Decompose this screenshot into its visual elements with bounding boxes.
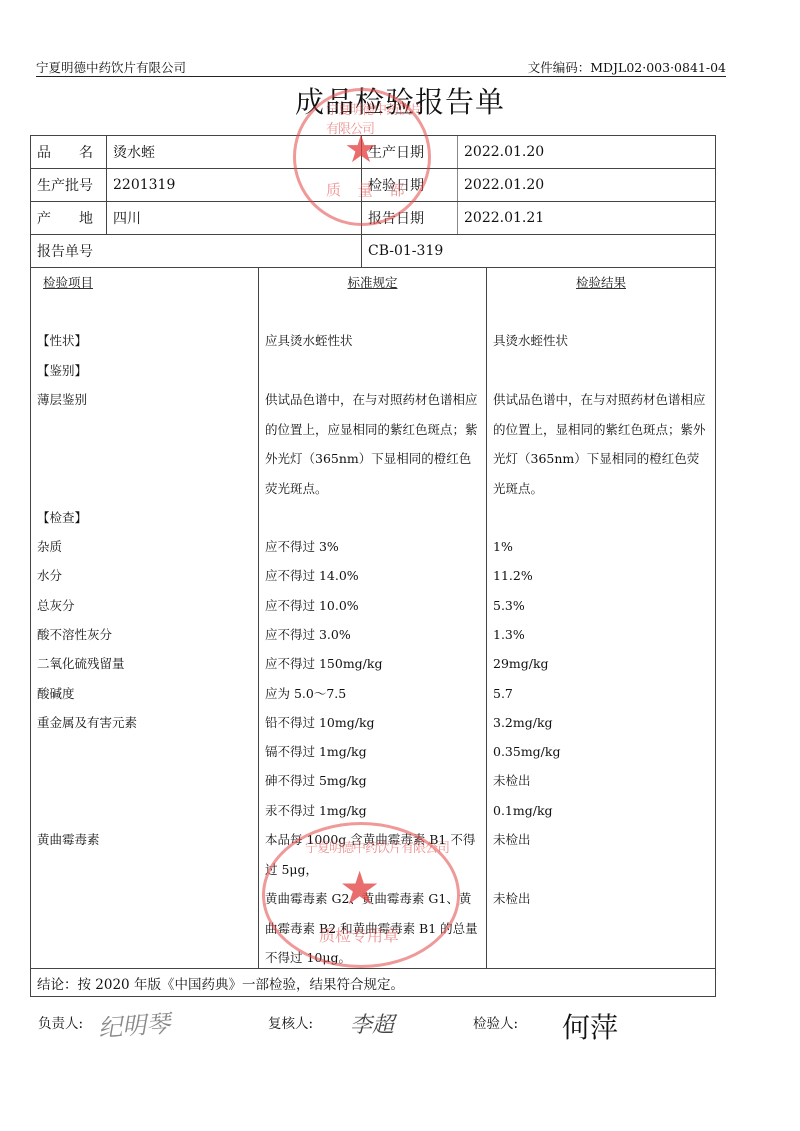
origin-label: 产 地 <box>31 202 107 234</box>
item-aflatoxin: 黄曲霉毒素 <box>37 825 252 854</box>
result-appearance: 具烫水蛭性状 <box>493 326 709 355</box>
item-impurity: 杂质 <box>37 532 252 561</box>
test-items-section: 检验项目 【性状】 【鉴别】 薄层鉴别 【检查】 杂质 水分 总灰分 酸不溶性灰… <box>31 268 715 969</box>
item-ph: 酸碱度 <box>37 679 252 708</box>
batch-label: 生产批号 <box>31 169 107 201</box>
result-lead: 3.2mg/kg <box>493 708 709 737</box>
standard-mercury: 汞不得过 1mg/kg <box>265 796 480 825</box>
standard-moisture: 应不得过 14.0% <box>265 561 480 590</box>
result-aflatoxin-total: 未检出 <box>493 884 709 913</box>
name-label: 品 名 <box>31 136 107 168</box>
item-appearance: 【性状】 <box>37 326 252 355</box>
reviewer-signature: 李超 <box>350 1008 394 1039</box>
company-name: 宁夏明德中药饮片有限公司 <box>36 58 186 76</box>
report-date-value: 2022.01.21 <box>458 202 715 234</box>
report-no-label: 报告单号 <box>31 235 362 267</box>
column-header-result: 检验结果 <box>493 268 709 297</box>
standard-appearance: 应具烫水蛭性状 <box>265 326 480 355</box>
result-impurity: 1% <box>493 532 709 561</box>
standard-aflatoxin-total: 黄曲霉毒素 G2、黄曲霉毒素 G1、黄曲霉毒素 B2 和黄曲霉毒素 B1 的总量… <box>265 884 482 973</box>
item-heavy-metals: 重金属及有害元素 <box>37 708 252 737</box>
result-so2-residue: 29mg/kg <box>493 649 709 678</box>
item-tlc: 薄层鉴别 <box>37 385 252 414</box>
standard-cadmium: 镉不得过 1mg/kg <box>265 737 480 766</box>
inspector-signature: 何萍 <box>562 1006 618 1046</box>
standard-arsenic: 砷不得过 5mg/kg <box>265 766 480 795</box>
responsible-label: 负责人: <box>38 1012 83 1032</box>
result-total-ash: 5.3% <box>493 591 709 620</box>
column-header-standard: 标准规定 <box>265 268 480 297</box>
item-moisture: 水分 <box>37 561 252 590</box>
column-results: 检验结果 具烫水蛭性状 供试品色谱中，在与对照药材色谱相应的位置上，显相同的紫红… <box>487 268 715 968</box>
test-date-label: 检验日期 <box>362 169 458 201</box>
item-so2-residue: 二氧化硫残留量 <box>37 649 252 678</box>
standard-tlc: 供试品色谱中，在与对照药材色谱相应的位置上，应显相同的紫红色斑点；紫外光灯（36… <box>265 385 482 503</box>
standard-so2-residue: 应不得过 150mg/kg <box>265 649 480 678</box>
info-row-batch: 生产批号 2201319 检验日期 2022.01.20 <box>31 169 715 202</box>
conclusion: 结论：按 2020 年版《中国药典》一部检验，结果符合规定。 <box>31 969 715 996</box>
standard-impurity: 应不得过 3% <box>265 532 480 561</box>
info-row-origin: 产 地 四川 报告日期 2022.01.21 <box>31 202 715 235</box>
standard-aflatoxin-b1: 本品每 1000g 含黄曲霉毒素 B1 不得过 5μg， <box>265 825 482 884</box>
result-cadmium: 0.35mg/kg <box>493 737 709 766</box>
reviewer-label: 复核人: <box>268 1012 313 1032</box>
item-total-ash: 总灰分 <box>37 591 252 620</box>
result-moisture: 11.2% <box>493 561 709 590</box>
document-header: 宁夏明德中药饮片有限公司 文件编码：MDJL02·003·0841-04 <box>36 58 726 77</box>
report-title: 成品检验报告单 <box>0 80 800 121</box>
standard-ph: 应为 5.0～7.5 <box>265 679 480 708</box>
inspector-label: 检验人: <box>473 1012 518 1032</box>
name-value: 烫水蛭 <box>107 136 362 168</box>
column-header-item: 检验项目 <box>43 268 252 297</box>
responsible-signature: 纪明琴 <box>97 1004 171 1044</box>
result-aflatoxin-b1: 未检出 <box>493 825 709 854</box>
result-tlc: 供试品色谱中，在与对照药材色谱相应的位置上，显相同的紫红色斑点；紫外光灯（365… <box>493 385 711 503</box>
column-items: 检验项目 【性状】 【鉴别】 薄层鉴别 【检查】 杂质 水分 总灰分 酸不溶性灰… <box>31 268 259 968</box>
column-standards: 标准规定 应具烫水蛭性状 供试品色谱中，在与对照药材色谱相应的位置上，应显相同的… <box>259 268 487 968</box>
item-identification: 【鉴别】 <box>37 356 252 385</box>
report-no-value: CB-01-319 <box>362 235 715 267</box>
item-inspection: 【检查】 <box>37 503 252 532</box>
result-acid-insoluble-ash: 1.3% <box>493 620 709 649</box>
standard-acid-insoluble-ash: 应不得过 3.0% <box>265 620 480 649</box>
info-row-report-no: 报告单号 CB-01-319 <box>31 235 715 268</box>
batch-value: 2201319 <box>107 169 362 201</box>
report-date-label: 报告日期 <box>362 202 458 234</box>
prod-date-label: 生产日期 <box>362 136 458 168</box>
origin-value: 四川 <box>107 202 362 234</box>
item-acid-insoluble-ash: 酸不溶性灰分 <box>37 620 252 649</box>
prod-date-value: 2022.01.20 <box>458 136 715 168</box>
report-table: 品 名 烫水蛭 生产日期 2022.01.20 生产批号 2201319 检验日… <box>30 135 716 997</box>
result-mercury: 0.1mg/kg <box>493 796 709 825</box>
file-code: 文件编码：MDJL02·003·0841-04 <box>528 58 726 76</box>
standard-lead: 铅不得过 10mg/kg <box>265 708 480 737</box>
test-date-value: 2022.01.20 <box>458 169 715 201</box>
standard-total-ash: 应不得过 10.0% <box>265 591 480 620</box>
info-row-name: 品 名 烫水蛭 生产日期 2022.01.20 <box>31 136 715 169</box>
result-arsenic: 未检出 <box>493 766 709 795</box>
result-ph: 5.7 <box>493 679 709 708</box>
